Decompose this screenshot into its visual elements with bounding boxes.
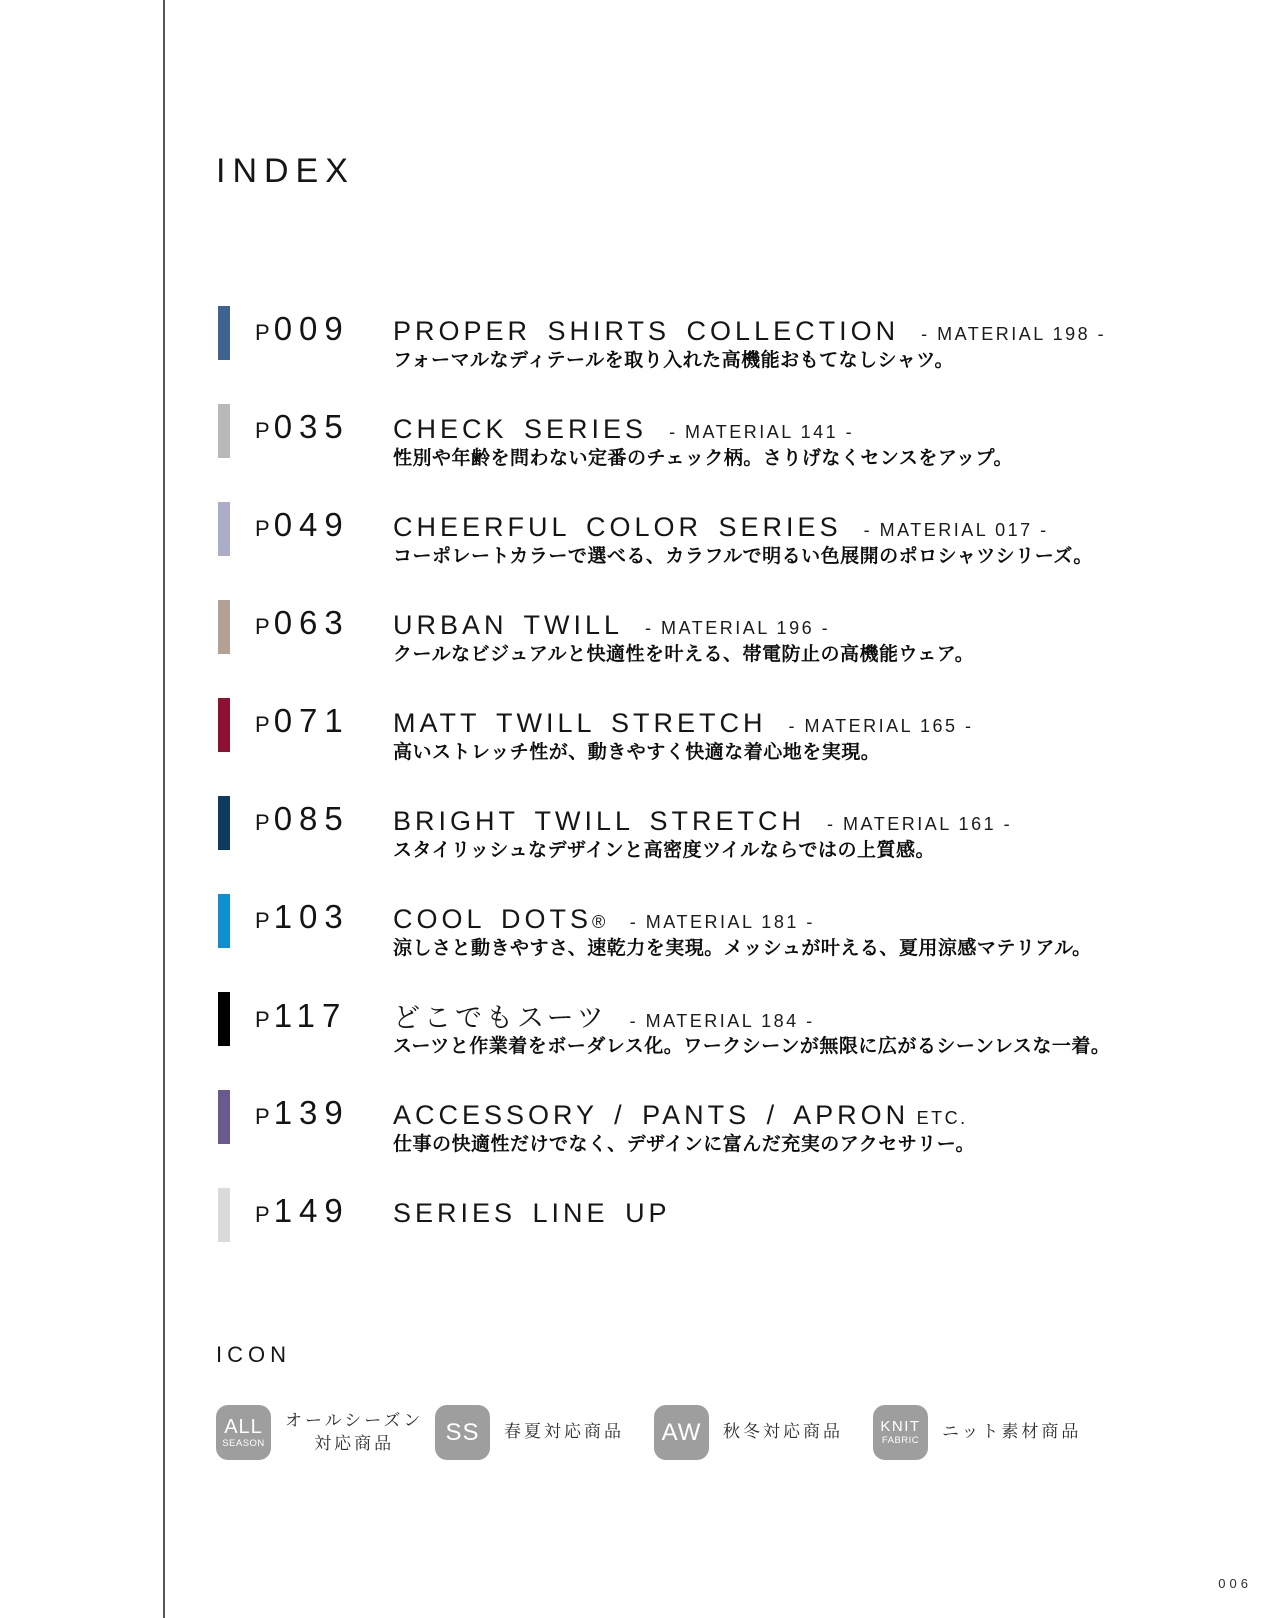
index-entry-p103[interactable]: P103 COOL DOTS® - MATERIAL 181 - 涼しさと動きや… (218, 894, 1218, 992)
entry-line: P117 どこでもスーツ - MATERIAL 184 - (255, 996, 815, 1035)
entry-page-number: P149 (255, 1192, 393, 1230)
entry-color-bar (218, 796, 230, 850)
entry-material-label: - MATERIAL 017 - (864, 520, 1049, 541)
entry-title: URBAN TWILL (393, 610, 623, 641)
entry-page-number: P103 (255, 898, 393, 936)
entry-page-number: P085 (255, 800, 393, 838)
legend-item-aw: AW 秋冬対応商品 (654, 1405, 873, 1460)
spring-summer-badge-icon: SS (435, 1405, 490, 1460)
knit-fabric-badge-icon: KNIT FABRIC (873, 1405, 928, 1460)
entry-title: CHECK SERIES (393, 414, 647, 445)
index-entry-p117[interactable]: P117 どこでもスーツ - MATERIAL 184 - スーツと作業着をボー… (218, 992, 1218, 1090)
entry-line: P071 MATT TWILL STRETCH - MATERIAL 165 - (255, 702, 974, 740)
index-entry-p071[interactable]: P071 MATT TWILL STRETCH - MATERIAL 165 -… (218, 698, 1218, 796)
entry-title: ACCESSORY / PANTS / APRON (393, 1100, 909, 1131)
entry-page-number: P049 (255, 506, 393, 544)
index-entry-p035[interactable]: P035 CHECK SERIES - MATERIAL 141 - 性別や年齢… (218, 404, 1218, 502)
catalog-page-number: 006 (1218, 1576, 1252, 1591)
entry-description: 性別や年齢を問わない定番のチェック柄。さりげなくセンスをアップ。 (393, 443, 1013, 470)
entry-title: COOL DOTS (393, 904, 592, 935)
entry-line: P009 PROPER SHIRTS COLLECTION - MATERIAL… (255, 310, 1106, 348)
entry-line: P049 CHEERFUL COLOR SERIES - MATERIAL 01… (255, 506, 1049, 544)
entry-description: 高いストレッチ性が、動きやすく快適な着心地を実現。 (393, 737, 880, 764)
entry-color-bar (218, 502, 230, 556)
catalog-index-page: INDEX P009 PROPER SHIRTS COLLECTION - MA… (0, 0, 1280, 1618)
entry-description: 涼しさと動きやすさ、速乾力を実現。メッシュが叶える、夏用涼感マテリアル。 (393, 933, 1092, 960)
index-entry-p049[interactable]: P049 CHEERFUL COLOR SERIES - MATERIAL 01… (218, 502, 1218, 600)
icon-heading: ICON (216, 1342, 291, 1368)
entry-page-number: P139 (255, 1094, 393, 1132)
entry-material-label: - MATERIAL 184 - (630, 1011, 815, 1032)
legend-label: オールシーズン 対応商品 (285, 1410, 423, 1456)
entry-description: スタイリッシュなデザインと高密度ツイルならではの上質感。 (393, 835, 935, 862)
left-vertical-rule (163, 0, 165, 1618)
entry-description: コーポレートカラーで選べる、カラフルで明るい色展開のポロシャツシリーズ。 (393, 541, 1093, 568)
entry-line: P085 BRIGHT TWILL STRETCH - MATERIAL 161… (255, 800, 1012, 838)
entry-title: どこでもスーツ (393, 996, 608, 1035)
entry-page-number: P009 (255, 310, 393, 348)
entry-color-bar (218, 600, 230, 654)
entry-description: クールなビジュアルと快適性を叶える、帯電防止の高機能ウェア。 (393, 639, 974, 666)
entry-line: P103 COOL DOTS® - MATERIAL 181 - (255, 898, 815, 936)
entry-description: スーツと作業着をボーダレス化。ワークシーンが無限に広がるシーンレスな一着。 (393, 1031, 1110, 1058)
autumn-winter-badge-icon: AW (654, 1405, 709, 1460)
all-season-badge-icon: ALL SEASON (216, 1405, 271, 1460)
entry-material-label: - MATERIAL 198 - (921, 324, 1106, 345)
entry-color-bar (218, 1090, 230, 1144)
entry-title: PROPER SHIRTS COLLECTION (393, 316, 899, 347)
entry-page-number: P071 (255, 702, 393, 740)
entry-line: P149 SERIES LINE UP (255, 1192, 671, 1230)
entry-page-number: P117 (255, 997, 393, 1035)
entry-material-label: - MATERIAL 161 - (827, 814, 1012, 835)
entry-color-bar (218, 894, 230, 948)
index-entry-list: P009 PROPER SHIRTS COLLECTION - MATERIAL… (218, 306, 1218, 1286)
entry-page-number: P035 (255, 408, 393, 446)
entry-color-bar (218, 698, 230, 752)
index-heading: INDEX (216, 152, 355, 191)
entry-material-label: - MATERIAL 181 - (630, 912, 815, 933)
legend-label: 春夏対応商品 (504, 1421, 624, 1444)
legend-label: ニット素材商品 (942, 1421, 1081, 1444)
entry-title: CHEERFUL COLOR SERIES (393, 512, 842, 543)
index-entry-p009[interactable]: P009 PROPER SHIRTS COLLECTION - MATERIAL… (218, 306, 1218, 404)
entry-material-label: - MATERIAL 196 - (645, 618, 830, 639)
entry-line: P139 ACCESSORY / PANTS / APRON ETC. (255, 1094, 968, 1132)
entry-page-number: P063 (255, 604, 393, 642)
legend-item-all-season: ALL SEASON オールシーズン 対応商品 (216, 1405, 435, 1460)
entry-title: MATT TWILL STRETCH (393, 708, 767, 739)
entry-color-bar (218, 404, 230, 458)
entry-material-label: - MATERIAL 165 - (789, 716, 974, 737)
index-entry-p149[interactable]: P149 SERIES LINE UP (218, 1188, 1218, 1286)
entry-title: BRIGHT TWILL STRETCH (393, 806, 805, 837)
legend-item-knit: KNIT FABRIC ニット素材商品 (873, 1405, 1081, 1460)
entry-title-suffix: ETC. (909, 1108, 968, 1129)
entry-description: 仕事の快適性だけでなく、デザインに富んだ充実のアクセサリー。 (393, 1129, 975, 1156)
entry-color-bar (218, 306, 230, 360)
entry-color-bar (218, 1188, 230, 1242)
entry-title: SERIES LINE UP (393, 1198, 671, 1229)
index-entry-p063[interactable]: P063 URBAN TWILL - MATERIAL 196 - クールなビジ… (218, 600, 1218, 698)
entry-line: P035 CHECK SERIES - MATERIAL 141 - (255, 408, 854, 446)
entry-line: P063 URBAN TWILL - MATERIAL 196 - (255, 604, 830, 642)
entry-material-label: - MATERIAL 141 - (669, 422, 854, 443)
index-entry-p085[interactable]: P085 BRIGHT TWILL STRETCH - MATERIAL 161… (218, 796, 1218, 894)
index-entry-p139[interactable]: P139 ACCESSORY / PANTS / APRON ETC. 仕事の快… (218, 1090, 1218, 1188)
legend-item-ss: SS 春夏対応商品 (435, 1405, 654, 1460)
legend-label: 秋冬対応商品 (723, 1421, 843, 1444)
entry-description: フォーマルなディテールを取り入れた高機能おもてなしシャツ。 (393, 345, 954, 372)
icon-legend: ALL SEASON オールシーズン 対応商品 SS 春夏対応商品 AW (216, 1405, 1081, 1460)
entry-title-suffix: ® (592, 912, 608, 933)
entry-color-bar (218, 992, 230, 1046)
